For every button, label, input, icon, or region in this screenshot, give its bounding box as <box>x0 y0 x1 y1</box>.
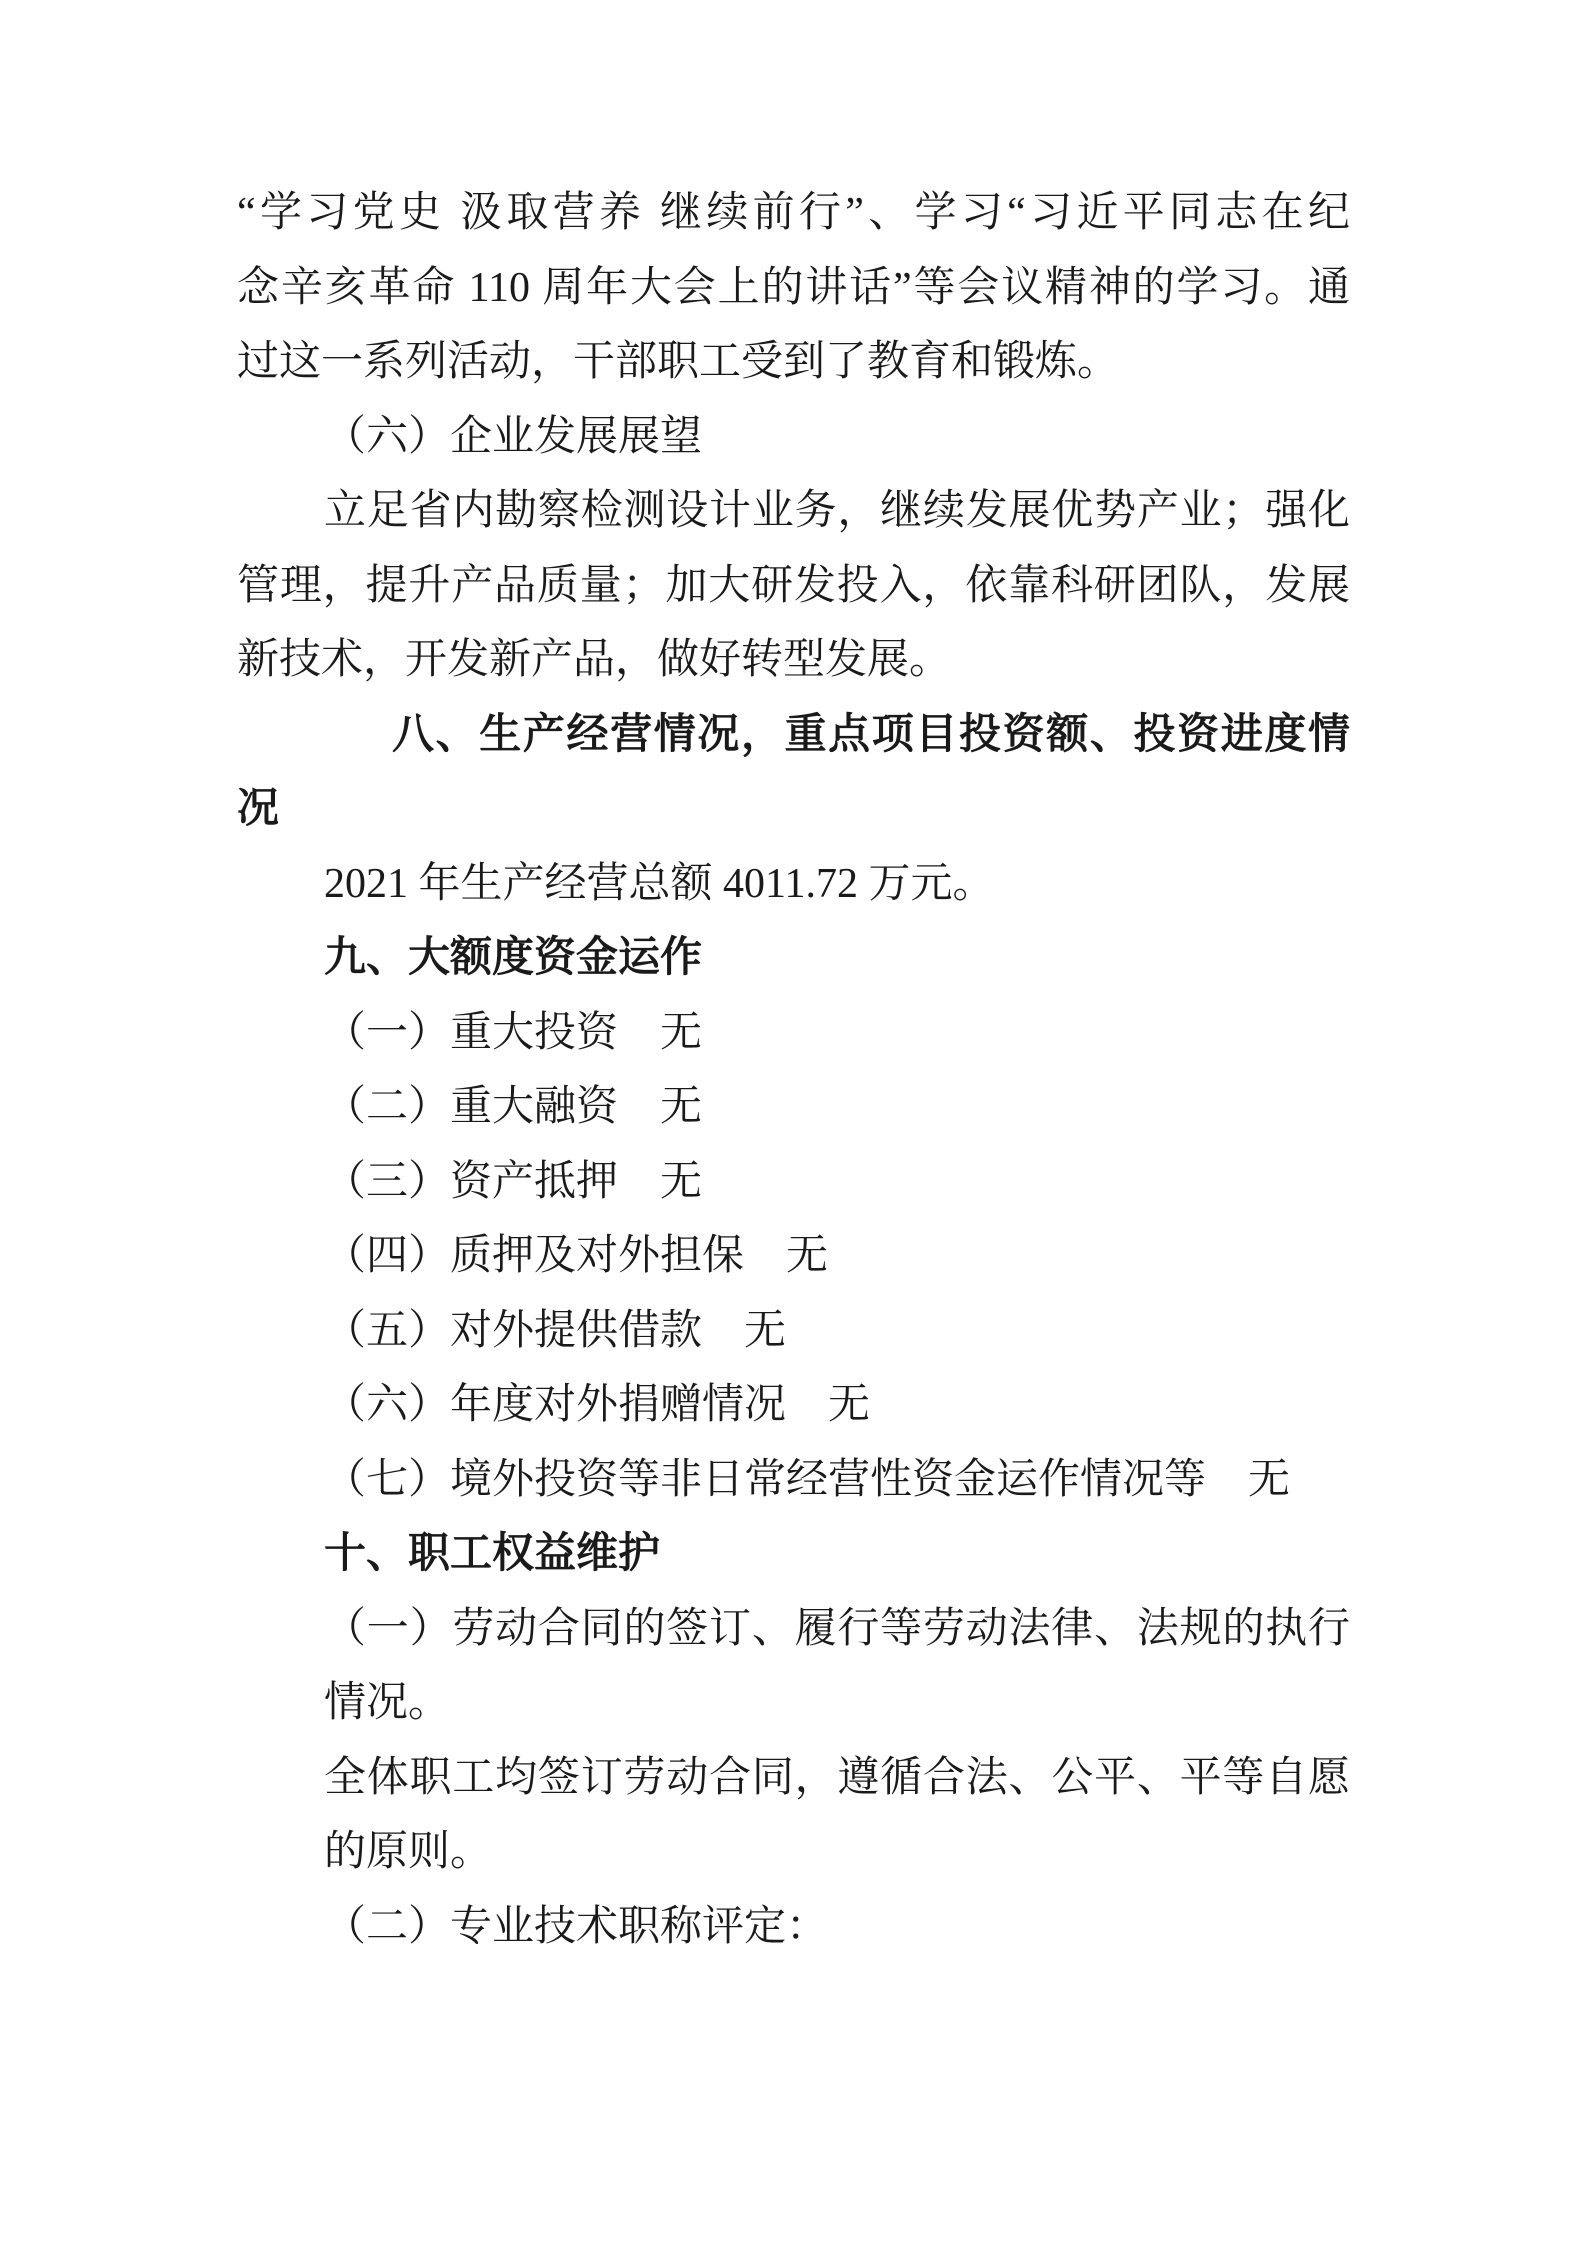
item-labor-contract-line-2: 情况。 <box>324 1666 450 1741</box>
paragraph-outlook-line-1: 立足省内勘察检测设计业务，继续发展优势产业；强化 <box>324 474 1350 549</box>
item-2-professional-titles: （二）专业技术职称评定： <box>324 1890 828 1965</box>
document-page: “学习党史 汲取营养 继续前行”、学习“习近平同志在纪 念辛亥革命 110 周年… <box>0 0 1587 2245</box>
paragraph-outlook-line-2: 管理，提升产品质量；加大研发投入，依靠科研团队，发展 <box>237 549 1350 624</box>
item-6-annual-donations: （六）年度对外捐赠情况 无 <box>324 1368 870 1443</box>
item-4-pledge-guarantee: （四）质押及对外担保 无 <box>324 1219 828 1294</box>
heading-8-production-line-1: 八、生产经营情况，重点项目投资额、投资进度情 <box>392 698 1350 773</box>
paragraph-study-activities-line-2: 念辛亥革命 110 周年大会上的讲话”等会议精神的学习。通 <box>237 251 1350 326</box>
heading-8-production-line-2: 况 <box>237 772 279 847</box>
paragraph-contract-principle-line-1: 全体职工均签订劳动合同，遵循合法、公平、平等自愿 <box>324 1741 1350 1816</box>
item-3-asset-mortgage: （三）资产抵押 无 <box>324 1145 702 1220</box>
paragraph-study-activities-line-3: 过这一系列活动，干部职工受到了教育和锻炼。 <box>237 325 1119 400</box>
item-labor-contract-line-1: （一）劳动合同的签订、履行等劳动法律、法规的执行 <box>324 1592 1350 1667</box>
item-5-external-loans: （五）对外提供借款 无 <box>324 1294 786 1369</box>
paragraph-contract-principle-line-2: 的原则。 <box>324 1815 492 1890</box>
subheading-6-enterprise-outlook: （六）企业发展展望 <box>324 400 702 475</box>
item-7-overseas-investment: （七）境外投资等非日常经营性资金运作情况等 无 <box>324 1443 1290 1518</box>
heading-10-employee-rights: 十、职工权益维护 <box>324 1517 660 1592</box>
heading-9-large-funds: 九、大额度资金运作 <box>324 921 702 996</box>
item-2-major-financing: （二）重大融资 无 <box>324 1070 702 1145</box>
paragraph-study-activities-line-1: “学习党史 汲取营养 继续前行”、学习“习近平同志在纪 <box>237 176 1350 251</box>
paragraph-production-total: 2021 年生产经营总额 4011.72 万元。 <box>324 847 994 922</box>
item-1-major-investment: （一）重大投资 无 <box>324 996 702 1071</box>
paragraph-outlook-line-3: 新技术，开发新产品，做好转型发展。 <box>237 623 951 698</box>
